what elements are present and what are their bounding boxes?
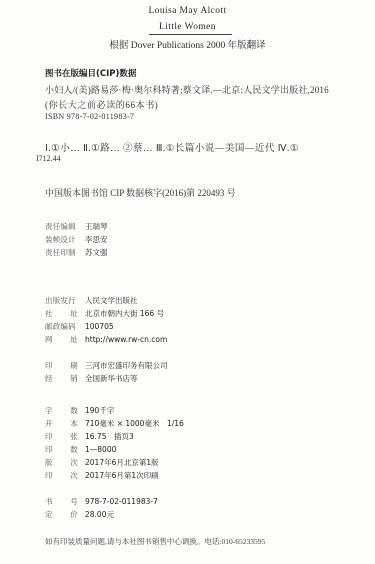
original-author: Louisa May Alcott — [0, 6, 375, 16]
publisher-value: 100705 — [85, 322, 114, 331]
sales-key: 定价 — [45, 509, 78, 521]
publisher-row-postcode: 邮政编码100705 — [45, 321, 114, 333]
spec-row-sheets: 印张16.75 插页3 — [45, 431, 134, 443]
cip-isbn: ISBN 978-7-02-011983-7 — [45, 112, 134, 121]
publisher-row-publisher: 出版发行人民文学出版社 — [45, 295, 138, 307]
spec-value: 16.75 插页3 — [85, 432, 134, 441]
copyright-page: Louisa May Alcott Little Women 根据 Dover … — [0, 0, 375, 564]
staff-value: 苏文强 — [85, 248, 108, 257]
spec-value: 190千字 — [85, 406, 114, 415]
spec-key: 开本 — [45, 418, 78, 430]
spec-key: 版次 — [45, 457, 78, 469]
printing-key: 经销 — [45, 373, 78, 385]
cip-bibliographic-line: 小妇人/(美)路易莎·梅·奥尔科特著;蔡文译.—北京:人民文学出版社,2016 — [45, 83, 329, 96]
cip-classification-code: I712.44 — [36, 154, 61, 163]
spec-row-word-count: 字数190千字 — [45, 405, 114, 417]
staff-value: 李思安 — [85, 235, 108, 244]
spec-value: 2017年6月北京第1版 — [85, 458, 159, 467]
spec-key: 印次 — [45, 470, 78, 482]
publisher-website-link[interactable]: http://www.rw-cn.com — [85, 335, 167, 344]
cip-classification: Ⅰ.①小… Ⅱ.①路… ②蔡… Ⅲ.①长篇小说—美国—近代 Ⅳ.① — [45, 140, 299, 154]
publisher-key: 社址 — [45, 308, 78, 320]
spec-key: 字数 — [45, 405, 78, 417]
publisher-key: 出版发行 — [45, 295, 85, 307]
staff-row-editor: 责任编辑王瑞琴 — [45, 221, 108, 233]
sales-value: 978-7-02-011983-7 — [85, 497, 158, 506]
spec-row-edition: 版次2017年6月北京第1版 — [45, 457, 159, 469]
sales-row-price: 定价28.00元 — [45, 509, 114, 521]
cip-series-line: (你长大之前必读的66本书) — [45, 98, 158, 111]
staff-value: 王瑞琴 — [85, 222, 108, 231]
printing-value: 三河市宏盛印务有限公司 — [85, 361, 168, 370]
spec-value: 710毫米 × 1000毫米 1/16 — [85, 419, 184, 428]
quality-contact-note: 如有印装质量问题,请与本社图书销售中心调换。电话:010-65233595 — [45, 536, 265, 547]
original-title: Little Women — [0, 22, 375, 32]
staff-key: 责任编辑 — [45, 221, 85, 233]
spec-row-format: 开本710毫米 × 1000毫米 1/16 — [45, 418, 184, 430]
staff-row-printing-manager: 责任印制苏文强 — [45, 247, 108, 259]
cip-data-number: 中国版本图书馆 CIP 数据核字(2016)第 220493 号 — [45, 186, 236, 199]
staff-key: 责任印制 — [45, 247, 85, 259]
publisher-key: 网址 — [45, 334, 78, 346]
cip-heading: 图书在版编目(CIP)数据 — [45, 67, 136, 79]
spec-row-print-run: 印数1—8000 — [45, 444, 116, 456]
publisher-row-website: 网址http://www.rw-cn.com — [45, 334, 167, 346]
spec-key: 印张 — [45, 431, 78, 443]
sales-value: 28.00元 — [85, 510, 114, 519]
publisher-row-address: 社址北京市朝内大街 166 号 — [45, 308, 164, 320]
spec-row-impression: 印次2017年6月第1次印刷 — [45, 470, 159, 482]
printing-value: 全国新华书店等 — [85, 374, 138, 383]
header-divider — [149, 34, 232, 35]
printing-row-printer: 印刷三河市宏盛印务有限公司 — [45, 360, 168, 372]
spec-key: 印数 — [45, 444, 78, 456]
publisher-value: 人民文学出版社 — [85, 296, 138, 305]
sales-row-isbn: 书号978-7-02-011983-7 — [45, 496, 158, 508]
translation-source: 根据 Dover Publications 2000 年版翻译 — [0, 37, 375, 51]
spec-value: 1—8000 — [85, 445, 116, 454]
printing-key: 印刷 — [45, 360, 78, 372]
spec-value: 2017年6月第1次印刷 — [85, 471, 159, 480]
staff-key: 装帧设计 — [45, 234, 85, 246]
staff-row-designer: 装帧设计李思安 — [45, 234, 108, 246]
printing-row-distributor: 经销全国新华书店等 — [45, 373, 138, 385]
publisher-value: 北京市朝内大街 166 号 — [85, 309, 164, 318]
publisher-key: 邮政编码 — [45, 321, 85, 333]
sales-key: 书号 — [45, 496, 78, 508]
